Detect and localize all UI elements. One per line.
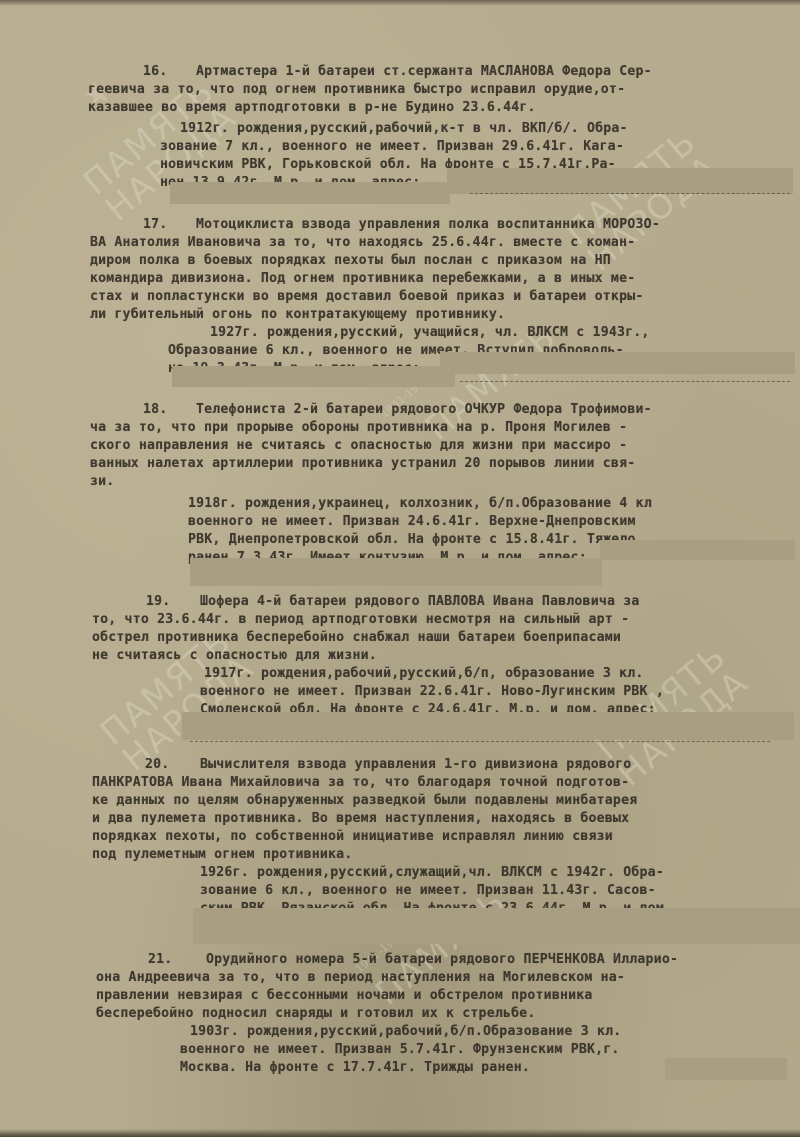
entry-line: геевича за то, что под огнем противника … [88,82,625,97]
entry-line: 1926г. рождения,русский,служащий,чл. ВЛК… [200,865,664,880]
entry-line: Шофера 4-й батареи рядового ПАВЛОВА Иван… [200,594,640,609]
entry-number: 20. [145,757,169,772]
entry-line: ванных налетах артиллерии противника уст… [90,456,635,471]
document-page: ★ ПАМЯТЬНАРОДА ПАМЯТЬНАРОДА ★ 1941-1945 … [0,0,800,1137]
entry-line: Вычислителя взвода управления 1-го дивиз… [200,757,631,772]
scan-edge-bottom [0,1129,800,1137]
entry-line: ВА Анатолия Ивановича за то, что находяс… [90,235,635,250]
entry-line: порядках пехоты, по собственной инициати… [92,829,613,844]
entry-line: зование 7 кл., военного не имеет. Призва… [160,139,624,154]
entry-line: 1917г. рождения,рабочий,русский,б/п, обр… [204,666,644,681]
redacted-address [193,908,800,944]
redacted-address [665,1058,787,1080]
entry-line: бесперебойно подносил снаряды и готовил … [96,1006,536,1021]
entry-line: Мотоциклиста взвода управления полка вос… [196,217,660,232]
redacted-address [172,366,455,387]
entry-line: под пулеметным огнем противника. [92,847,352,862]
entry-line: Москва. На фронте с 17.7.41г. Трижды ран… [180,1060,530,1075]
entry-number: 18. [143,402,167,417]
entry-line: 1903г. рождения,русский,рабочий,б/п.Обра… [190,1024,621,1039]
entry-line: ли губительный огонь по контратакующему … [90,307,505,322]
entry-line: правлении невзирая с бессонными ночами и… [96,988,593,1003]
entry-line: 1918г. рождения,украинец, колхозник, б/п… [188,496,652,511]
entry-line: она Андреевича за то, что в период насту… [96,970,625,985]
scan-edge-top [0,0,800,6]
redacted-address [170,182,450,204]
underline-dashes [190,741,770,742]
entry-line: ке данных по целям обнаруженных разведко… [92,793,637,808]
entry-number: 17. [143,217,167,232]
entry-line: РВК, Днепропетровской обл. На фронте с 1… [188,532,636,547]
entry-line: обстрел противника бесперебойно снабжал … [92,630,621,645]
underline-dashes [470,193,790,194]
entry-line: ча за то, что при прорыве обороны против… [90,420,627,435]
redacted-address [447,168,793,194]
entry-line: ПАНКРАТОВА Ивана Михайловича за то, что … [92,775,629,790]
entry-number: 21. [148,952,172,967]
entry-line: диром полка в боевых порядках пехоты был… [90,253,611,268]
entry-number: 16. [143,64,167,79]
entry-line: Артмастера 1-й батареи ст.сержанта МАСЛА… [196,64,652,79]
entry-line: не считаясь с опасностью для жизни. [92,648,377,663]
entry-line: 1912г. рождения,русский,рабочий,к-т в чл… [180,121,628,136]
redacted-address [190,558,602,586]
entry-number: 19. [146,594,170,609]
redacted-address [440,352,795,374]
entry-line: 1927г. рождения,русский, учащийся, чл. В… [210,325,650,340]
entry-line: Орудийного номера 5-й батареи рядового П… [206,952,678,967]
underline-dashes [460,381,790,382]
entry-line: зи. [90,474,114,489]
entry-line: ского направления не считаясь с опасност… [90,438,627,453]
entry-line: и два пулемета противника. Во время наст… [92,811,629,826]
entry-line: военного не имеет. Призван 5.7.41г. Фрун… [180,1042,620,1057]
entry-line: военного не имеет. Призван 22.6.41г. Нов… [200,684,664,699]
entry-line: казавшее во время артподготовки в р-не Б… [88,100,536,115]
entry-line: зование 6 кл., военного не имеет. Призва… [200,883,656,898]
entry-line: командира дивизиона. Под огнем противник… [90,271,635,286]
entry-line: то, что 23.6.44г. в период артподготовки… [92,612,629,627]
watermark-text: ПАМЯТЬНАРОДА [95,623,260,777]
redacted-address [600,540,795,560]
redacted-address [182,712,794,740]
entry-line: Телефониста 2-й батареи рядового ОЧКУР Ф… [196,402,652,417]
entry-line: военного не имеет. Призван 24.6.41г. Вер… [188,514,636,529]
entry-line: стах и попластунски во время доставил бо… [90,289,644,304]
